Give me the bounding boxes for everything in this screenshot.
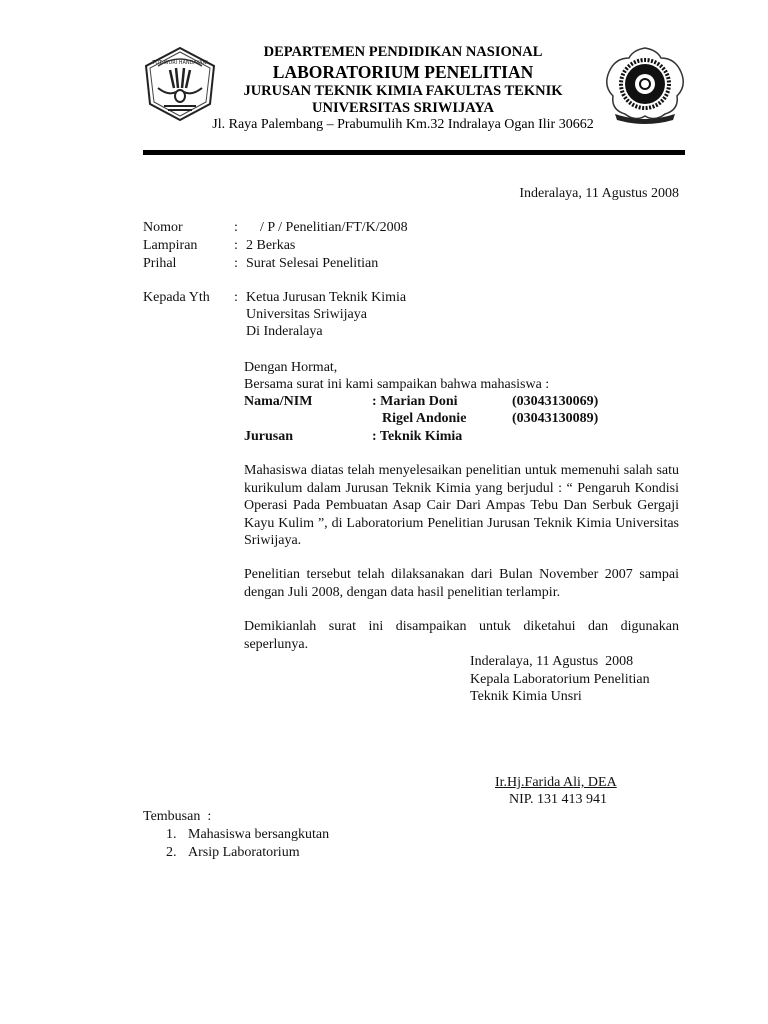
university-name: UNIVERSITAS SRIWIJAYA [19, 100, 768, 117]
paragraph-research-completed: Mahasiswa diatas telah menyelesaikan pen… [244, 462, 679, 550]
signature-title: Kepala Laboratorium Penelitian [470, 671, 650, 688]
recipient-line: Universitas Sriwijaya [246, 306, 367, 323]
student-nim: (03043130069) [512, 393, 598, 410]
nomor-colon: : [234, 219, 238, 236]
recipient-line: Di Inderalaya [246, 323, 323, 340]
laboratory-name: LABORATORIUM PENELITIAN [19, 62, 768, 83]
faculty-name: JURUSAN TEKNIK KIMIA FAKULTAS TEKNIK [19, 83, 768, 100]
jurusan-value: : Teknik Kimia [372, 428, 462, 445]
cc-item: Mahasiswa bersangkutan [188, 826, 329, 843]
letterhead-divider [143, 150, 685, 155]
cc-item: Arsip Laboratorium [188, 844, 300, 861]
cc-item-number: 1. [166, 826, 177, 843]
signatory-name: Ir.Hj.Farida Ali, DEA [495, 774, 617, 791]
nama-nim-label: Nama/NIM [244, 393, 312, 410]
signatory-nip: NIP. 131 413 941 [509, 791, 607, 808]
nomor-value: / P / Penelitian/FT/K/2008 [246, 219, 408, 236]
prihal-label: Prihal [143, 255, 176, 272]
paragraph-closing: Demikianlah surat ini disampaikan untuk … [244, 618, 679, 653]
student-nim: (03043130089) [512, 410, 598, 427]
nomor-label: Nomor [143, 219, 183, 236]
lampiran-colon: : [234, 237, 238, 254]
student-name: Rigel Andonie [382, 410, 466, 427]
paragraph-research-period: Penelitian tersebut telah dilaksanakan d… [244, 566, 679, 601]
lampiran-label: Lampiran [143, 237, 197, 254]
letterhead-address: Jl. Raya Palembang – Prabumulih Km.32 In… [19, 117, 768, 133]
cc-item-number: 2. [166, 844, 177, 861]
lampiran-value: 2 Berkas [246, 237, 295, 254]
department-name: DEPARTEMEN PENDIDIKAN NASIONAL [19, 44, 768, 61]
greeting: Dengan Hormat, [244, 359, 337, 376]
jurusan-label: Jurusan [244, 428, 293, 445]
cc-label: Tembusan : [143, 808, 211, 825]
recipient-line: Ketua Jurusan Teknik Kimia [246, 289, 406, 306]
letter-date: Inderalaya, 11 Agustus 2008 [519, 185, 679, 202]
signature-title-unit: Teknik Kimia Unsri [470, 688, 582, 705]
prihal-value: Surat Selesai Penelitian [246, 255, 378, 272]
recipient-colon: : [234, 289, 238, 306]
student-name: : Marian Doni [372, 393, 458, 410]
prihal-colon: : [234, 255, 238, 272]
signature-place-date: Inderalaya, 11 Agustus 2008 [470, 653, 633, 670]
recipient-label: Kepada Yth [143, 289, 210, 306]
intro-text: Bersama surat ini kami sampaikan bahwa m… [244, 376, 549, 393]
